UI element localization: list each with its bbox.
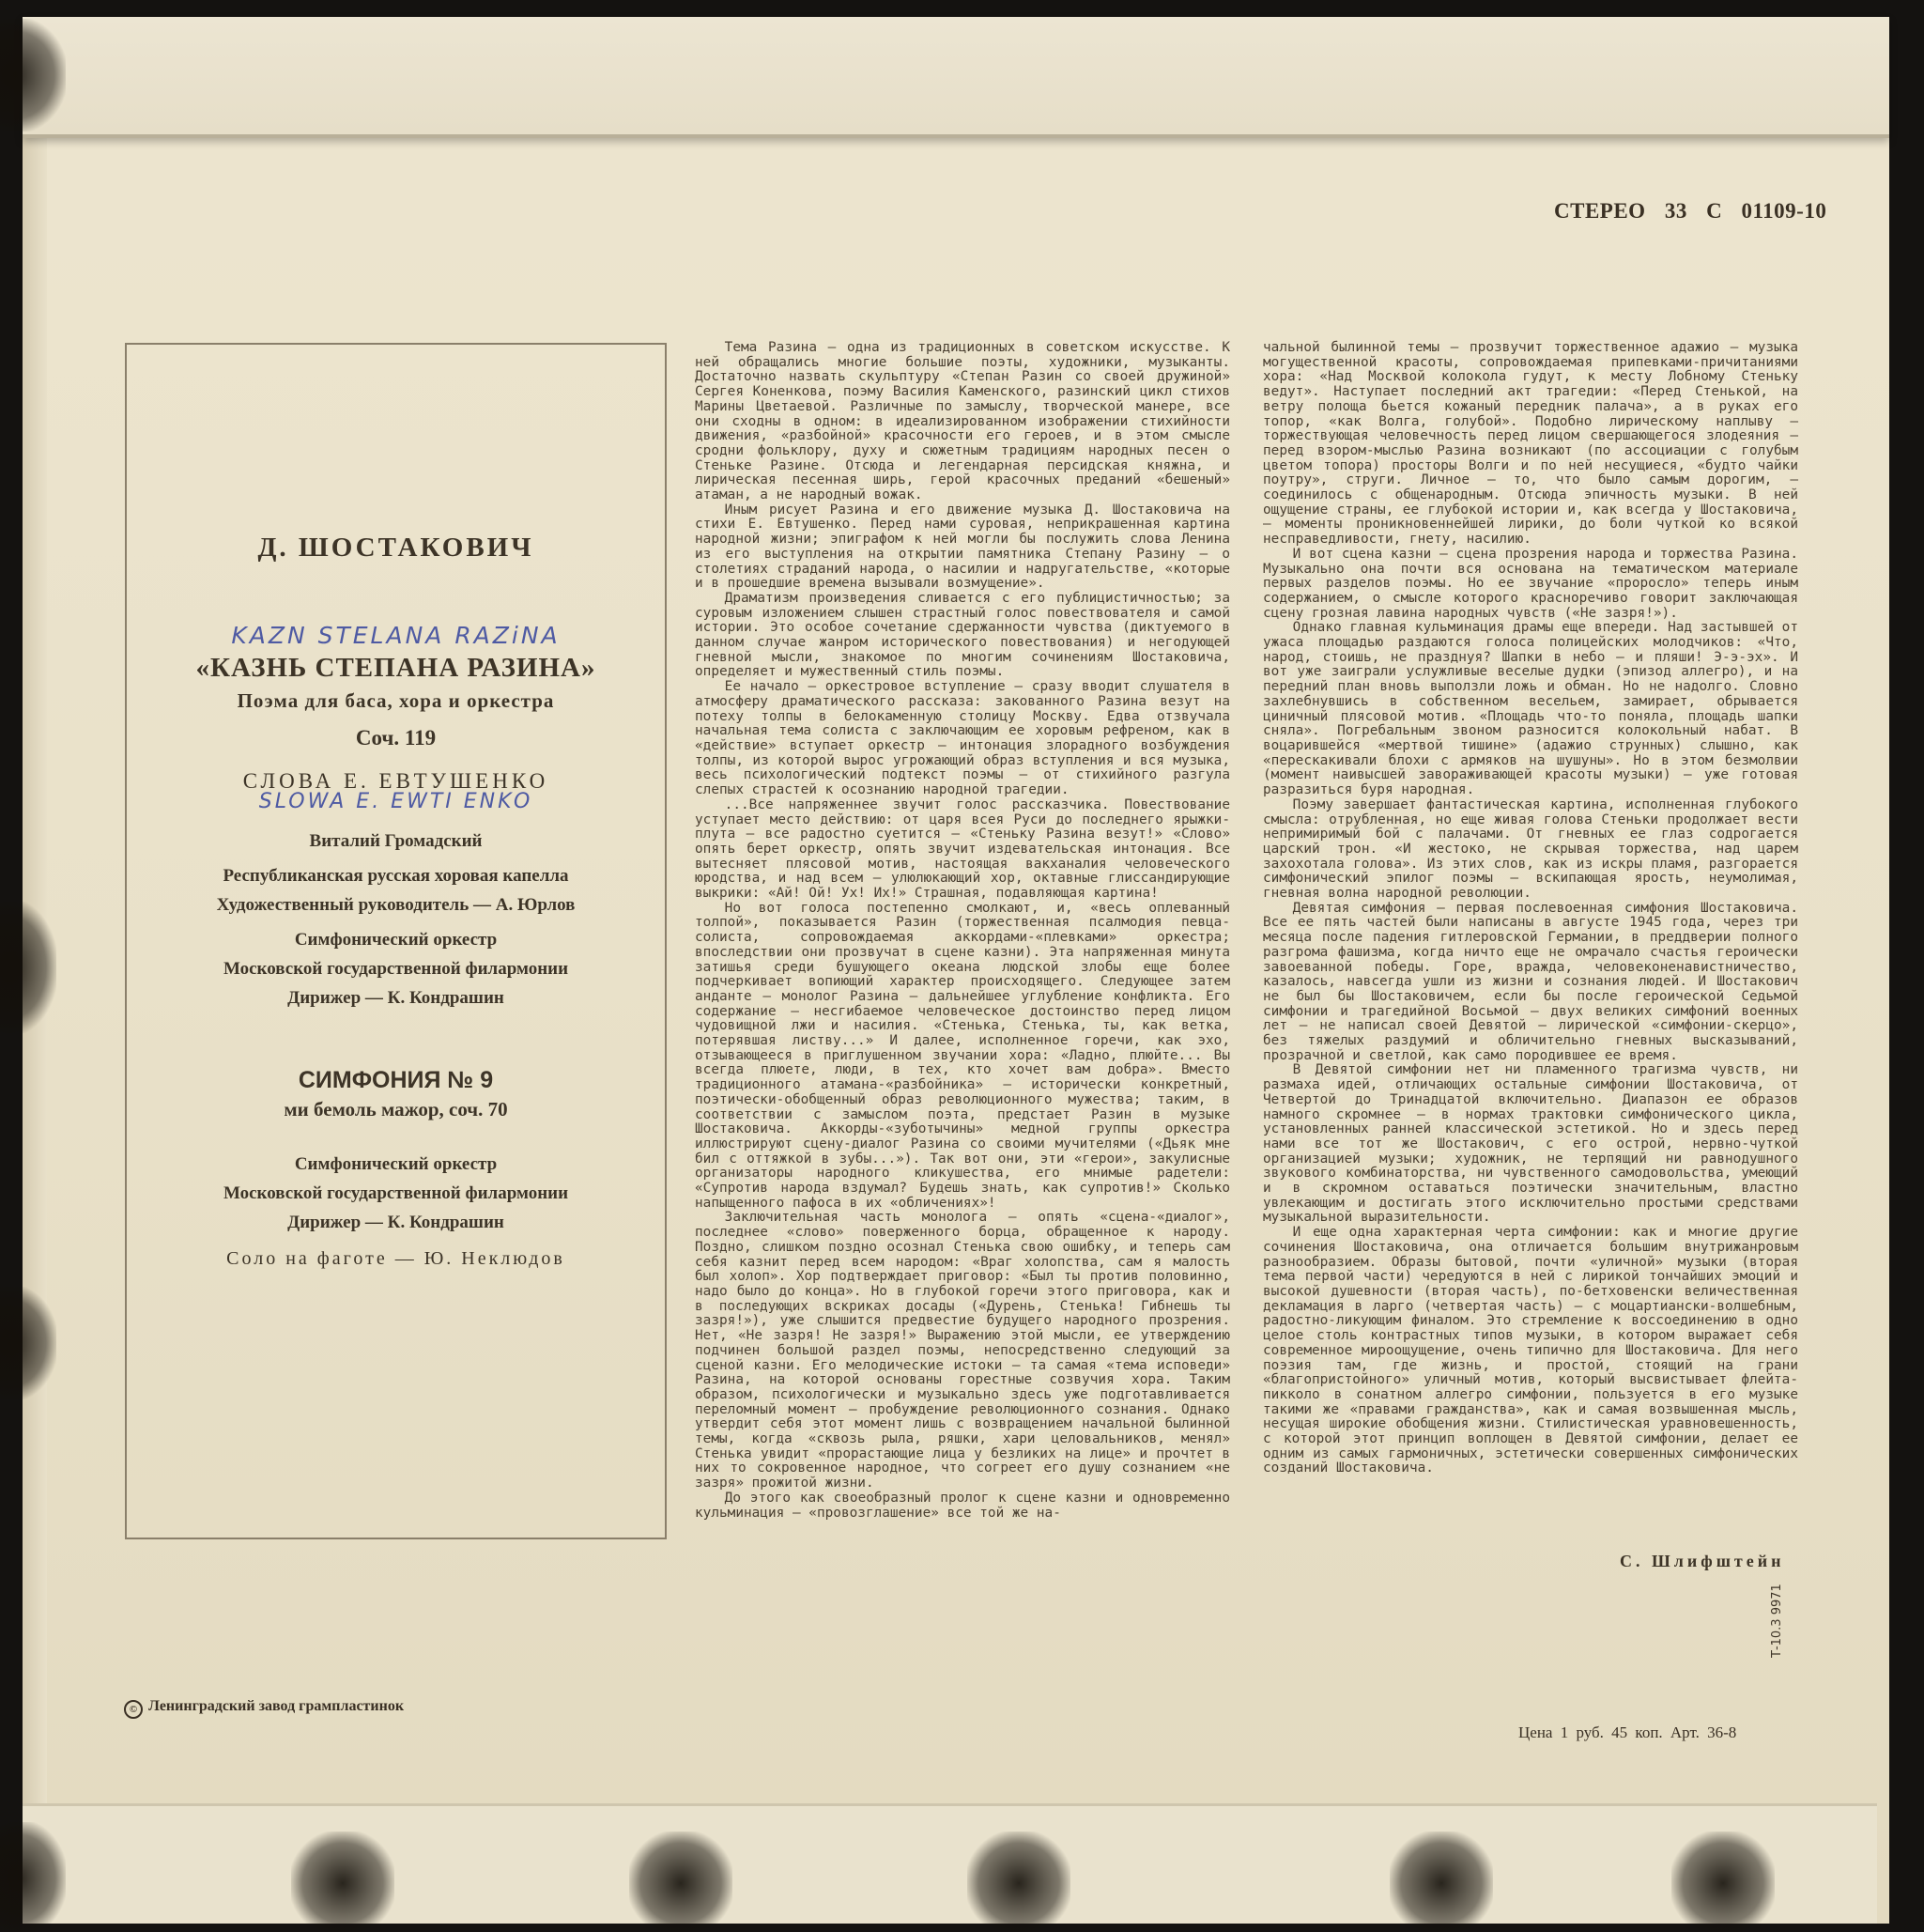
essay-paragraph: И вот сцена казни — сцена прозрения наро… <box>1263 548 1798 622</box>
clip-shadow <box>967 1832 1070 1932</box>
work1-choir-director: Художественный руководитель — А. Юрлов <box>127 890 665 920</box>
essay-paragraph: Драматизм произведения сливается с его п… <box>695 592 1230 680</box>
essay-column-1: Тема Разина — одна из традиционных в сов… <box>695 341 1230 1521</box>
essay-paragraph: В Девятой симфонии нет ни пламенного тра… <box>1263 1063 1798 1226</box>
essay-paragraph: Тема Разина — одна из традиционных в сов… <box>695 341 1230 503</box>
handwritten-title-note: KAZN STELANA RAZiNA <box>127 622 665 649</box>
work2-orchestra-line2: Московской государственной филармонии <box>127 1179 665 1208</box>
work2-conductor: Дирижер — К. Кондрашин <box>127 1208 665 1237</box>
stereo-label: СТЕРЕО <box>1554 199 1646 223</box>
work2-orchestra-line1: Симфонический оркестр <box>127 1150 665 1179</box>
credits-panel: Д. ШОСТАКОВИЧ KAZN STELANA RAZiNA «КАЗНЬ… <box>125 343 667 1539</box>
price-line: Цена 1 руб. 45 коп. Арт. 36-8 <box>1518 1723 1736 1742</box>
essay-paragraph: Иным рисует Разина и его движение музыка… <box>695 503 1230 592</box>
essay-paragraph: Заключительная часть монолога — опять «с… <box>695 1211 1230 1491</box>
essay-author: С. Шлифштейн <box>1620 1552 1784 1571</box>
essay-paragraph: И еще одна характерная черта симфонии: к… <box>1263 1226 1798 1476</box>
clip-shadow <box>0 19 66 131</box>
clip-shadow <box>0 1822 66 1932</box>
work1-orchestra-line2: Московской государственной филармонии <box>127 954 665 983</box>
catalog-number: 33 С 01109-10 <box>1665 199 1827 223</box>
essay-paragraph: До этого как своеобразный пролог к сцене… <box>695 1492 1230 1521</box>
clip-shadow <box>0 1287 56 1399</box>
essay-paragraph: ...Все напряженнее звучит голос рассказч… <box>695 798 1230 902</box>
clip-shadow <box>1671 1832 1775 1932</box>
essay-paragraph: Но вот голоса постепенно смолкают, и, «в… <box>695 902 1230 1212</box>
clip-shadow <box>291 1832 394 1932</box>
work1-title: «КАЗНЬ СТЕПАНА РАЗИНА» <box>127 653 665 684</box>
clip-shadow <box>629 1832 732 1932</box>
copyright-line: ©Ленинградский завод грампластинок <box>124 1698 404 1719</box>
essay-column-2: чальной былинной темы — прозвучит торжес… <box>1263 341 1798 1476</box>
work1-soloist: Виталий Громадский <box>127 827 665 856</box>
composer-name: Д. ШОСТАКОВИЧ <box>127 533 665 564</box>
work1-orchestra-line1: Симфонический оркестр <box>127 925 665 954</box>
work2-title: СИМФОНИЯ № 9 <box>127 1067 665 1094</box>
handwritten-lyricist-note: SLOWA E. EWTI ENKO <box>127 790 665 813</box>
print-code: Т-10.3 9971 <box>1770 1584 1784 1658</box>
copyright-text: Ленинградский завод грампластинок <box>148 1698 404 1714</box>
work1-subtitle: Поэма для баса, хора и оркестра <box>127 689 665 713</box>
clip-shadow <box>1390 1832 1493 1932</box>
work1-choir: Республиканская русская хоровая капелла <box>127 861 665 890</box>
essay-paragraph: Девятая симфония — первая послевоенная с… <box>1263 902 1798 1064</box>
work2-key-opus: ми бемоль мажор, соч. 70 <box>127 1098 665 1121</box>
essay-paragraph: чальной былинной темы — прозвучит торжес… <box>1263 341 1798 548</box>
work2-bassoon-solo: Соло на фаготе — Ю. Неклюдов <box>127 1244 665 1274</box>
essay-paragraph: Поэму завершает фантастическая картина, … <box>1263 798 1798 902</box>
work1-conductor: Дирижер — К. Кондрашин <box>127 983 665 1012</box>
work1-opus: Соч. 119 <box>127 726 665 750</box>
essay-paragraph: Однако главная кульминация драмы еще впе… <box>1263 621 1798 797</box>
essay-paragraph: Ее начало — оркестровое вступление — сра… <box>695 680 1230 798</box>
copyright-icon: © <box>124 1700 143 1719</box>
sleeve-top-flap <box>23 17 1889 138</box>
clip-shadow <box>0 902 56 1033</box>
catalog-header: СТЕРЕО 33 С 01109-10 <box>1554 199 1826 224</box>
